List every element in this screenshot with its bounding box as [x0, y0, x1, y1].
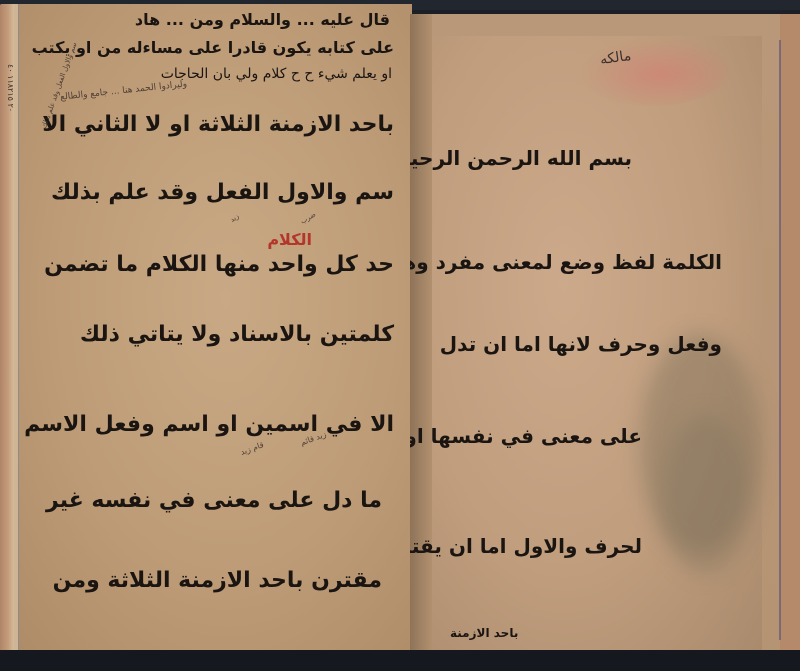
- main-line-4: كلمتين بالاسناد ولا يتاتي ذلك: [80, 322, 394, 347]
- right-line-2: وفعل وحرف لانها اما ان تدل: [440, 332, 722, 356]
- basmala: بسم الله الرحمن الرحيم: [410, 146, 632, 170]
- left-page: ٢٠ ١١٨٢١٥ ٤٠ قال عليه ... والسلام ومن ..…: [0, 4, 412, 658]
- folio-marks: ٢٠ ١١٨٢١٥ ٤٠: [5, 64, 15, 564]
- right-line-3: على معنى في نفسها او لا الثاني ا: [410, 424, 642, 448]
- top-line-1: قال عليه ... والسلام ومن ... هاد: [135, 10, 390, 29]
- binding-bottom: [0, 650, 800, 671]
- main-line-5: الا في اسمين او اسم وفعل الاسم: [24, 412, 394, 437]
- right-line-4: لحرف والاول اما ان يقترن: [410, 534, 642, 558]
- outer-edge: [780, 14, 800, 664]
- main-line-3: حد كل واحد منها الكلام ما تضمن: [44, 252, 394, 277]
- right-line-1: الكلمة لفظ وضع لمعنى مفرد وهي: [410, 250, 722, 274]
- line-3-text: حد كل واحد منها الكلام ما تضمن: [44, 252, 394, 277]
- catchword: باحد الازمنة: [450, 626, 518, 640]
- top-line-3: او يعلم شيء ح ح كلام ولي بان الحاجات: [161, 66, 392, 82]
- manuscript-spread: ٢٠ ١١٨٢١٥ ٤٠ قال عليه ... والسلام ومن ..…: [0, 0, 800, 671]
- gutter: [410, 14, 432, 662]
- main-line-6: ما دل على معنى في نفسه غير: [46, 488, 382, 513]
- main-line-7: مقترن باحد الازمنة الثلاثة ومن: [53, 568, 382, 593]
- gloss-3: قام زيد: [239, 440, 265, 457]
- outer-edge-line: [779, 40, 781, 640]
- right-page: بسم الله الرحمن الرحيم الكلمة لفظ وضع لم…: [410, 14, 782, 662]
- water-stain-2: [660, 414, 750, 574]
- ownership-seal: [578, 36, 728, 106]
